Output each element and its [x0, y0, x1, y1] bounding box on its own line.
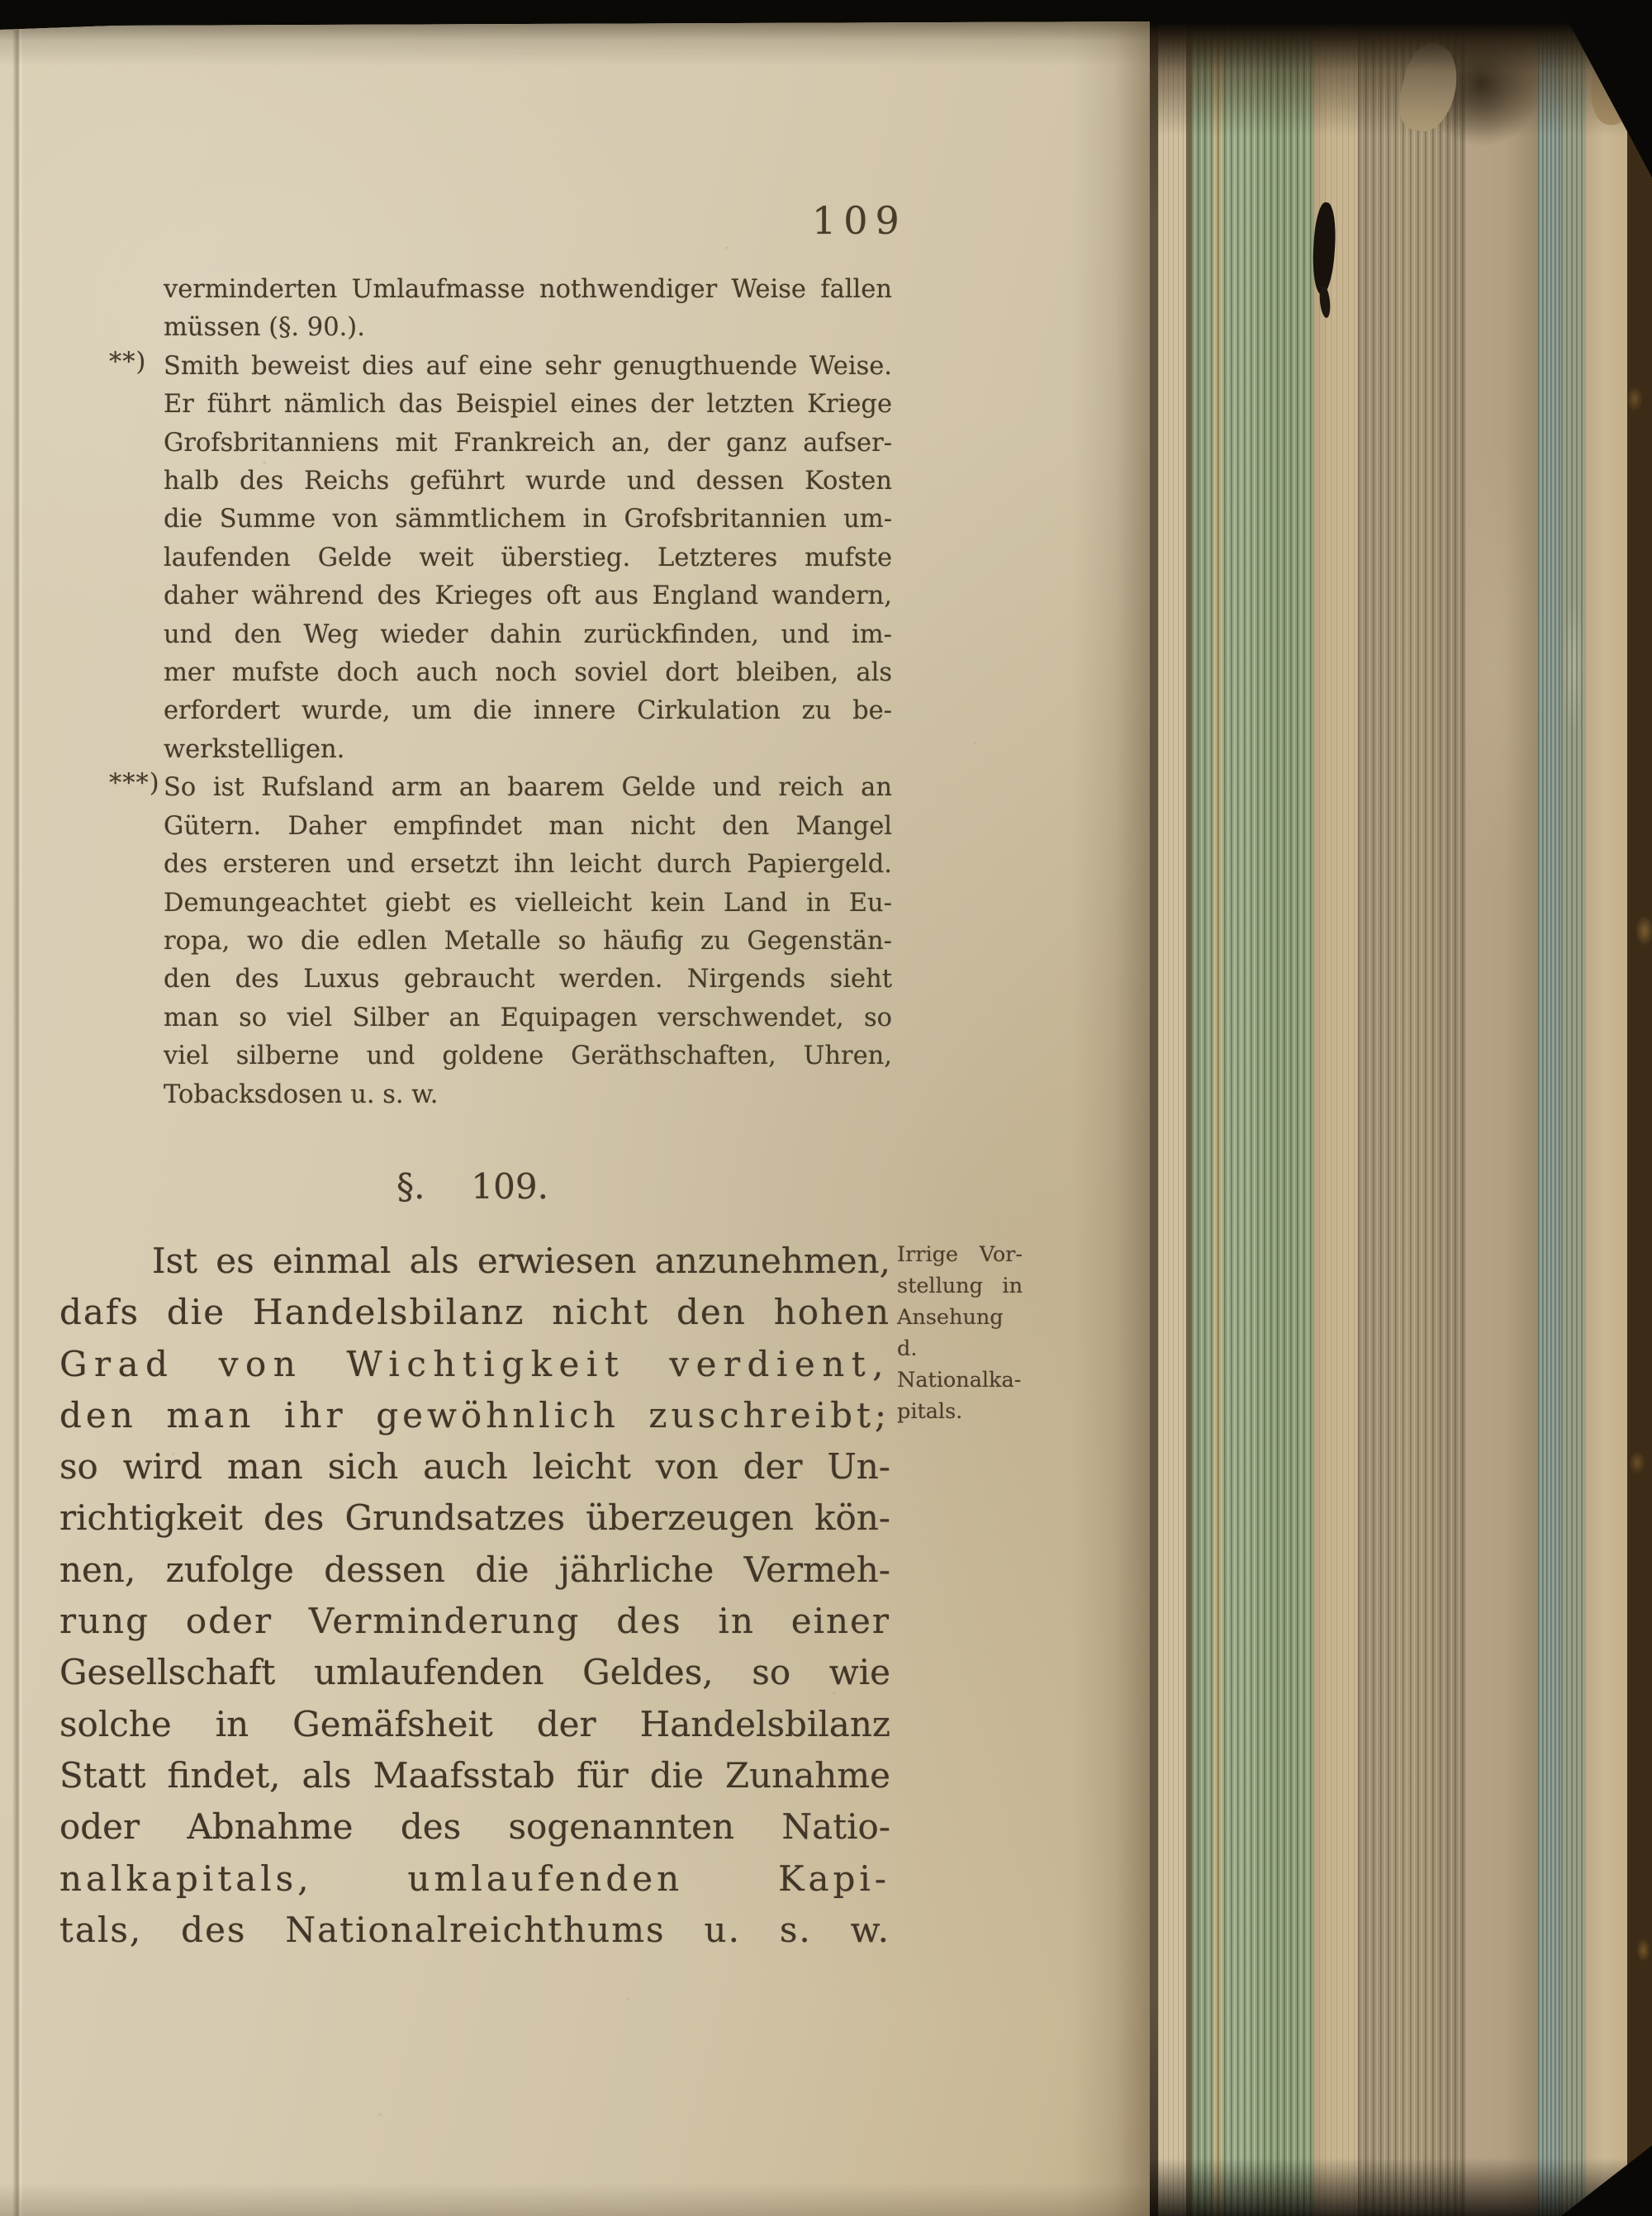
fore-edge-band-tan [1313, 0, 1358, 2216]
margin-note-line: Irrige Vor- [897, 1239, 1023, 1270]
footnote-line: und den Weg wieder dahin zurückfinden, u… [164, 616, 892, 654]
footnote-line: Tobacksdosen u. s. w. [164, 1076, 892, 1114]
body-line: oder Abnahme des sogenannten Natio- [59, 1801, 890, 1853]
book-scan: 109 verminderten Umlaufmasse nothwendige… [0, 0, 1652, 2216]
footnote-line: laufenden Gelde weit überstieg. Letztere… [164, 539, 892, 577]
footnote-line: des ersteren und ersetzt ihn leicht durc… [164, 846, 892, 884]
footnote-marker: ***) [109, 765, 160, 803]
fore-edge-band-green [1191, 0, 1313, 2216]
footnote-line: man so viel Silber an Equipagen verschwe… [164, 999, 892, 1037]
right-edge-shadow [1071, 0, 1150, 2216]
margin-note: Irrige Vor- stellung in Ansehung d. Nati… [897, 1239, 1023, 1427]
footnote-line: halb des Reichs geführt wurde und dessen… [164, 463, 892, 501]
footnote-block: verminderten Umlaufmasse nothwendiger We… [109, 271, 892, 1114]
footnote-line: Grofsbritanniens mit Frankreich an, der … [164, 425, 892, 463]
fore-edge-band-smooth [1465, 0, 1538, 2216]
body-line: Statt findet, als Maafsstab für die Zuna… [59, 1750, 890, 1801]
body-line: den man ihr gewöhnlich zuschreibt; [59, 1390, 890, 1441]
footnote-line: mer mufste doch auch noch soviel dort bl… [164, 654, 892, 692]
body-line: Grad von Wichtigkeit verdient, [59, 1339, 890, 1390]
footnote-line: ***)So ist Rufsland arm an baarem Gelde … [164, 769, 892, 807]
footnote-line: werkstelligen. [164, 731, 892, 769]
page-number: 109 [812, 198, 907, 243]
footnote-line: den des Luxus gebraucht werden. Nirgends… [164, 961, 892, 999]
body-line: so wird man sich auch leicht von der Un- [59, 1441, 890, 1492]
body-line: Ist es einmal als erwiesen anzunehmen, [59, 1236, 890, 1287]
footnote-line: Demungeachtet giebt es vielleicht kein L… [164, 885, 892, 923]
footnote-marker: **) [109, 344, 146, 382]
body-line: solche in Gemäfsheit der Handelsbilanz [59, 1699, 890, 1750]
fore-edge-band-light-tan [1586, 0, 1627, 2216]
section-mark: §. [396, 1166, 425, 1207]
bottom-edge-shadow [0, 2183, 1150, 2216]
fore-edge-gap-shadow [1150, 0, 1158, 2216]
body-line: richtigkeit des Grundsatzes überzeugen k… [59, 1492, 890, 1544]
margin-note-line: Ansehung d. [897, 1302, 1023, 1364]
footnote-line: die Summe von sämmtlichem in Grofsbritan… [164, 501, 892, 539]
fore-edge [1150, 0, 1652, 2216]
footnote-line: verminderten Umlaufmasse nothwendiger We… [164, 271, 892, 309]
book-cover-marbled-edge [1627, 0, 1652, 2216]
body-paragraph: Ist es einmal als erwiesen anzunehmen, d… [59, 1236, 890, 1956]
footnote-line: ropa, wo die edlen Metalle so häufig zu … [164, 923, 892, 961]
body-line: Gesellschaft umlaufenden Geldes, so wie [59, 1647, 890, 1698]
section-number: 109. [471, 1166, 548, 1207]
margin-note-line: stellung in [897, 1270, 1023, 1302]
footnote-line: viel silberne und goldene Geräthschaften… [164, 1037, 892, 1075]
body-line: tals, des Nationalreichthums u. s. w. [59, 1905, 890, 1956]
gutter-crease [13, 0, 23, 2216]
body-line: dafs die Handelsbilanz nicht den hohen [59, 1287, 890, 1338]
footnote-line: erfordert wurde, um die innere Cirkulati… [164, 692, 892, 730]
margin-note-line: pitals. [897, 1396, 1023, 1427]
fore-edge-band-blue-gray [1538, 0, 1561, 2216]
body-line: rung oder Verminderung des in einer [59, 1596, 890, 1647]
section-heading: §.109. [59, 1166, 885, 1207]
footnote-text: So ist Rufsland arm an baarem Gelde und … [164, 773, 892, 802]
body-line: nalkapitals, umlaufenden Kapi- [59, 1853, 890, 1905]
footnote-line: daher während des Krieges oft aus Englan… [164, 577, 892, 615]
top-edge-shadow [0, 20, 1150, 66]
footnote-line: Er führt nämlich das Beispiel eines der … [164, 386, 892, 424]
fore-edge-band-outer-tan [1158, 0, 1186, 2216]
fore-edge-band-frayed [1561, 0, 1586, 2216]
body-line: nen, zufolge dessen die jährliche Vermeh… [59, 1545, 890, 1596]
fore-edge-band-brown [1358, 0, 1465, 2216]
footnote-line: Gütern. Daher empfindet man nicht den Ma… [164, 808, 892, 846]
footnote-line: **)Smith beweist dies auf eine sehr genu… [164, 348, 892, 386]
footnote-line: müssen (§. 90.). [164, 309, 892, 347]
footnote-text: Smith beweist dies auf eine sehr genugth… [164, 352, 892, 381]
book-page: 109 verminderten Umlaufmasse nothwendige… [0, 0, 1150, 2216]
margin-note-line: Nationalka- [897, 1364, 1023, 1396]
